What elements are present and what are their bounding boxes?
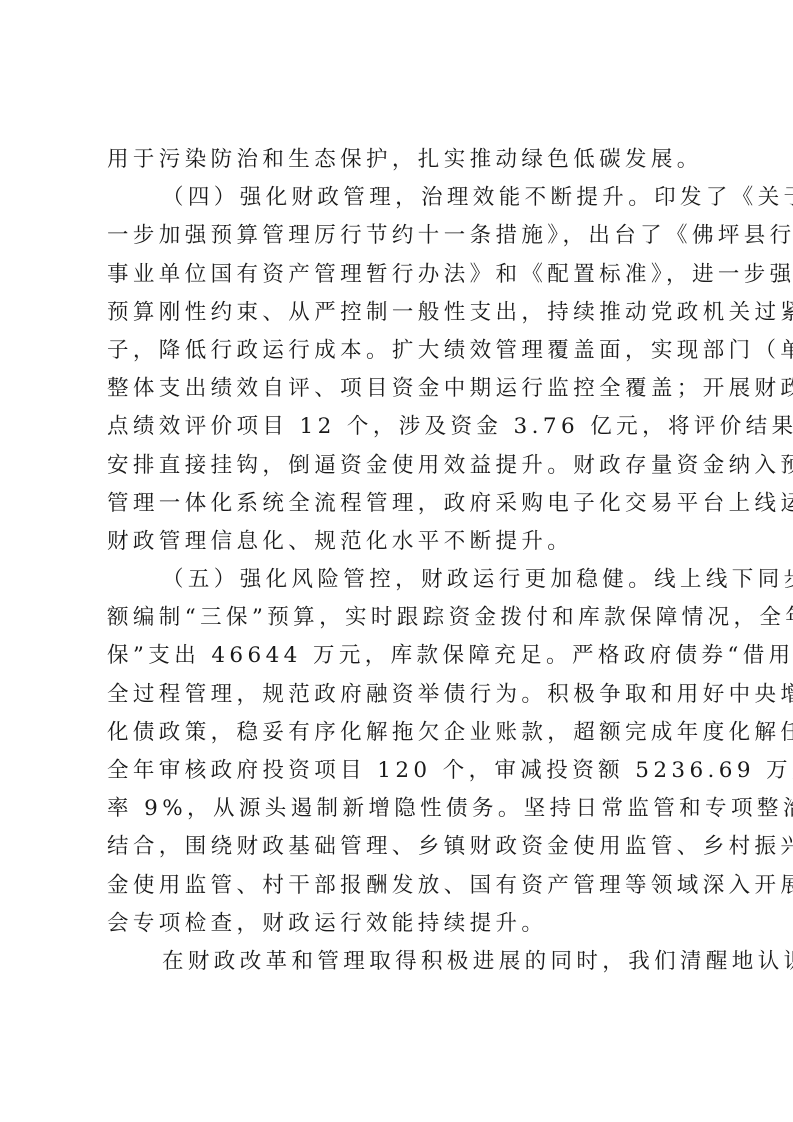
text-line: 事业单位国有资产管理暂行办法》和《配置标准》，进一步强化 [107,256,693,294]
text-line: 金使用监管、村干部报酬发放、国有资产管理等领域深入开展财 [107,867,693,905]
text-line: 点绩效评价项目 12 个，涉及资金 3.76 亿元，将评价结果与预算 [107,408,693,446]
text-line: 全过程管理，规范政府融资举债行为。积极争取和用好中央增量 [107,676,693,714]
text-line: 一步加强预算管理厉行节约十一条措施》，出台了《佛坪县行政 [107,217,693,255]
text-line: 在财政改革和管理取得积极进展的同时，我们清醒地认识 [107,943,693,981]
text-line: 额编制“三保”预算，实时跟踪资金拨付和库款保障情况，全年“三 [107,599,693,637]
text-line: 财政管理信息化、规范化水平不断提升。 [107,523,693,561]
text-line: 率 9%，从源头遏制新增隐性债务。坚持日常监管和专项整治相 [107,790,693,828]
text-line: 保”支出 46644 万元，库款保障充足。严格政府债券“借用管还” [107,637,693,675]
paragraph-green-development-tail: 用于污染防治和生态保护，扎实推动绿色低碳发展。 [107,141,693,179]
paragraph-closing: 在财政改革和管理取得积极进展的同时，我们清醒地认识 [107,943,693,981]
text-line: 化债政策，稳妥有序化解拖欠企业账款，超额完成年度化解任务。 [107,714,693,752]
section-heading-line: （五）强化风险管控，财政运行更加稳健。线上线下同步足 [107,561,693,599]
text-line: 整体支出绩效自评、项目资金中期运行监控全覆盖；开展财政重 [107,370,693,408]
document-page: 用于污染防治和生态保护，扎实推动绿色低碳发展。 （四）强化财政管理，治理效能不断… [107,141,693,981]
paragraph-section-4-fiscal-management: （四）强化财政管理，治理效能不断提升。印发了《关于进 一步加强预算管理厉行节约十… [107,179,693,561]
text-line: 用于污染防治和生态保护，扎实推动绿色低碳发展。 [107,141,693,179]
paragraph-section-5-risk-control: （五）强化风险管控，财政运行更加稳健。线上线下同步足 额编制“三保”预算，实时跟… [107,561,693,943]
text-line: 结合，围绕财政基础管理、乡镇财政资金使用监管、乡村振兴资 [107,828,693,866]
text-line: 管理一体化系统全流程管理，政府采购电子化交易平台上线运行， [107,485,693,523]
text-line: 全年审核政府投资项目 120 个，审减投资额 5236.69 万元，审减 [107,752,693,790]
section-heading-line: （四）强化财政管理，治理效能不断提升。印发了《关于进 [107,179,693,217]
text-line: 子，降低行政运行成本。扩大绩效管理覆盖面，实现部门（单位） [107,332,693,370]
text-line: 预算刚性约束、从严控制一般性支出，持续推动党政机关过紧日 [107,294,693,332]
text-line: 安排直接挂钩，倒逼资金使用效益提升。财政存量资金纳入预算 [107,447,693,485]
text-line: 会专项检查，财政运行效能持续提升。 [107,905,693,943]
